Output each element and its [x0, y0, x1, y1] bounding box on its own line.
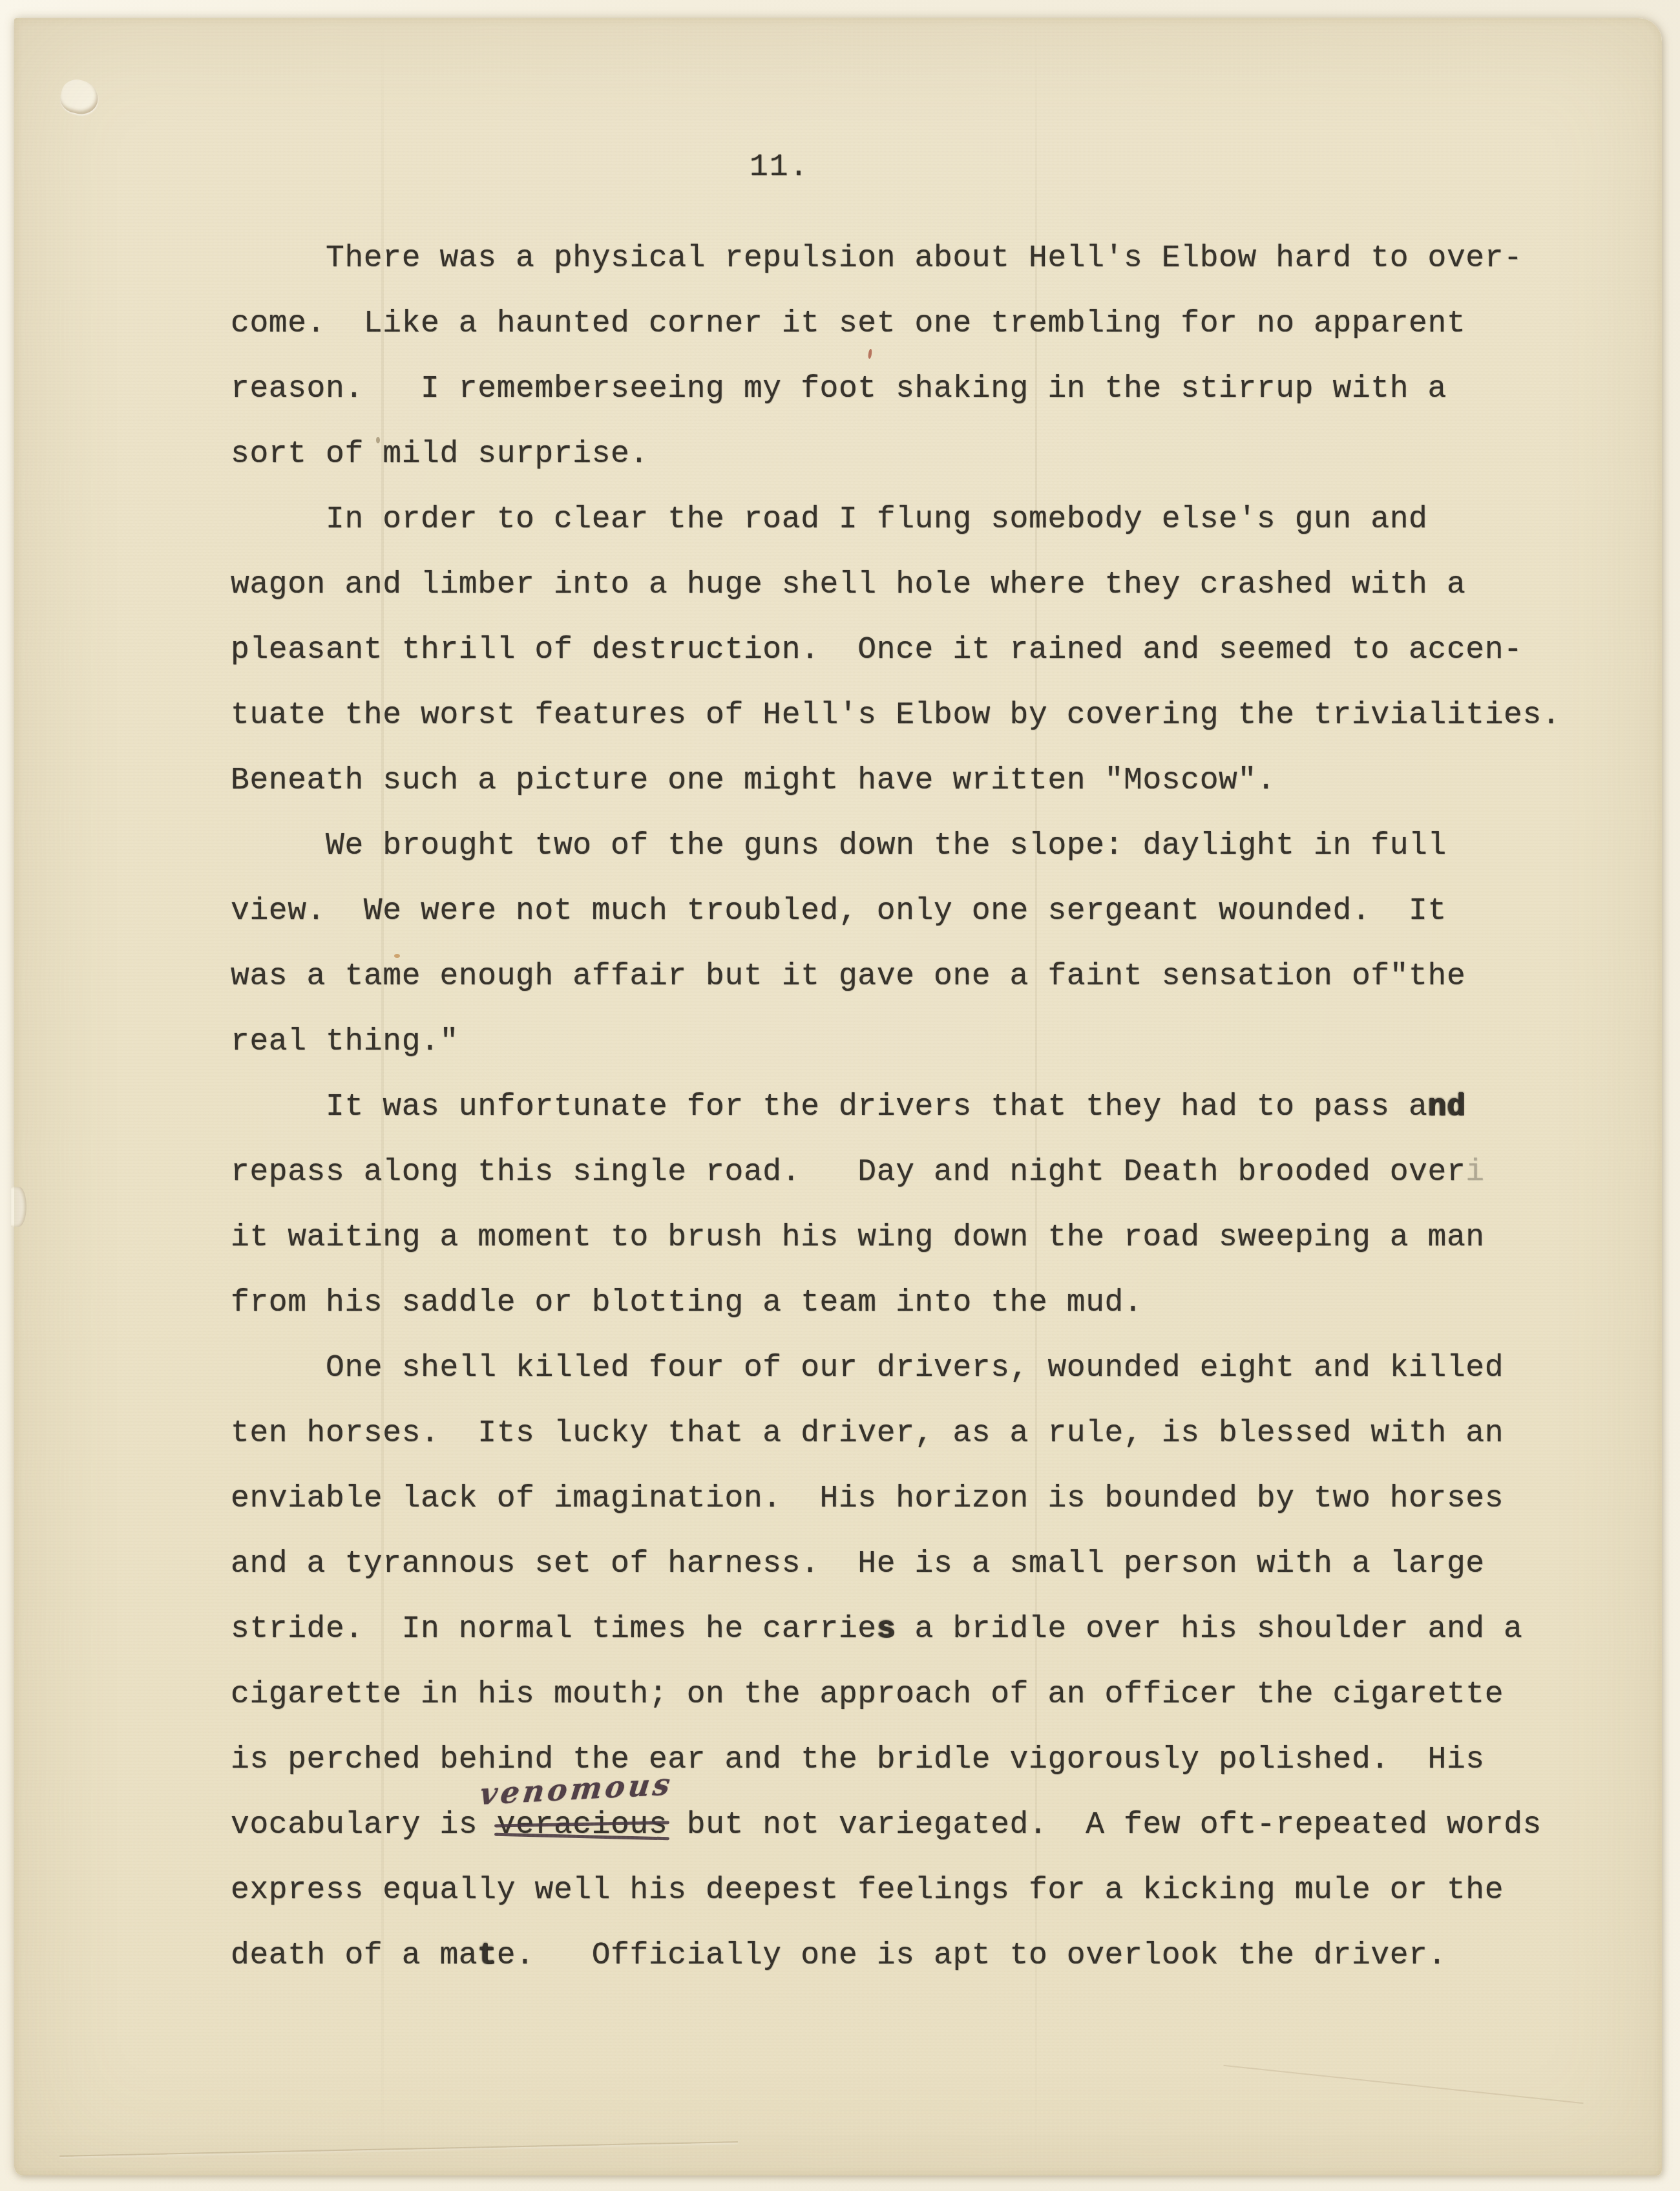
text-line: reason. I rememberseeing my foot shaking…	[231, 357, 1639, 422]
text-line: tuate the worst features of Hell's Elbow…	[231, 683, 1639, 748]
paper-notch	[11, 1187, 26, 1227]
text-run: stride. In normal times he carrie	[231, 1612, 877, 1647]
text-line: enviable lack of imagination. His horizo…	[231, 1466, 1639, 1532]
text-run: In order to clear the road I flung someb…	[231, 502, 1428, 537]
text-line: is perched behind the ear and the bridle…	[231, 1728, 1639, 1793]
text-line: One shell killed four of our drivers, wo…	[231, 1336, 1639, 1401]
text-faint: i	[1465, 1155, 1484, 1190]
text-run: pleasant thrill of destruction. Once it …	[231, 633, 1523, 668]
text-line: ten horses. Its lucky that a driver, as …	[231, 1401, 1639, 1466]
text-run: There was a physical repulsion about Hel…	[231, 241, 1523, 276]
text-line: was a tame enough affair but it gave one…	[231, 944, 1639, 1010]
text-body: There was a physical repulsion about Hel…	[231, 226, 1639, 1989]
text-run: real thing."	[231, 1024, 459, 1059]
page-number: 11.	[750, 150, 809, 185]
text-run: cigarette in his mouth; on the approach …	[231, 1677, 1504, 1712]
paper-chip	[58, 76, 102, 118]
text-line: vocabulary is veraciousvenomous but not …	[231, 1793, 1639, 1858]
text-line: express equally well his deepest feeling…	[231, 1858, 1639, 1923]
paragraph: In order to clear the road I flung someb…	[231, 487, 1639, 814]
text-blot: s	[877, 1612, 896, 1647]
text-line: It was unfortunate for the drivers that …	[231, 1075, 1639, 1140]
text-run: express equally well his deepest feeling…	[231, 1873, 1504, 1908]
text-line: wagon and limber into a huge shell hole …	[231, 553, 1639, 618]
text-run: We brought two of the guns down the slop…	[231, 829, 1447, 863]
text-run: sort of mild surprise.	[231, 437, 649, 472]
text-line: from his saddle or blotting a team into …	[231, 1271, 1639, 1336]
text-line: pleasant thrill of destruction. Once it …	[231, 618, 1639, 683]
text-run: it waiting a moment to brush his wing do…	[231, 1220, 1485, 1255]
text-run: is perched behind the ear and the bridle…	[231, 1742, 1485, 1777]
text-run: a bridle over his shoulder and a	[896, 1612, 1522, 1647]
text-run: It was unfortunate for the drivers that …	[231, 1090, 1428, 1125]
text-line: sort of mild surprise.	[231, 422, 1639, 487]
text-line: it waiting a moment to brush his wing do…	[231, 1205, 1639, 1271]
handwritten-correction: venomous	[476, 1752, 677, 1827]
text-run: view. We were not much troubled, only on…	[231, 894, 1447, 929]
text-run: reason. I rememberseeing my foot shaking…	[231, 372, 1447, 407]
text-run: e. Officially one is apt to overlook the…	[497, 1938, 1447, 1973]
text-strike: veraciousvenomous	[497, 1793, 668, 1858]
text-run: wagon and limber into a huge shell hole …	[231, 567, 1465, 602]
text-run: enviable lack of imagination. His horizo…	[231, 1481, 1504, 1516]
text-run: but not variegated. A few oft-repeated w…	[667, 1808, 1542, 1843]
typescript-page: 11. There was a physical repulsion about…	[14, 18, 1662, 2175]
text-line: death of a mate. Officially one is apt t…	[231, 1923, 1639, 1989]
paragraph: One shell killed four of our drivers, wo…	[231, 1336, 1639, 1989]
text-line: stride. In normal times he carries a bri…	[231, 1597, 1639, 1662]
text-line: In order to clear the road I flung someb…	[231, 487, 1639, 553]
text-line: repass along this single road. Day and n…	[231, 1140, 1639, 1205]
text-blot: nd	[1428, 1090, 1466, 1125]
text-line: Beneath such a picture one might have wr…	[231, 748, 1639, 814]
fold-crease	[1223, 2065, 1583, 2104]
text-line: come. Like a haunted corner it set one t…	[231, 291, 1639, 357]
text-blot: t	[478, 1938, 496, 1973]
text-line: We brought two of the guns down the slop…	[231, 814, 1639, 879]
text-run: was a tame enough affair but it gave one…	[231, 959, 1465, 994]
text-line: view. We were not much troubled, only on…	[231, 879, 1639, 944]
text-line: and a tyrannous set of harness. He is a …	[231, 1532, 1639, 1597]
text-run: repass along this single road. Day and n…	[231, 1155, 1465, 1190]
text-run: ten horses. Its lucky that a driver, as …	[231, 1416, 1504, 1451]
text-run: death of a ma	[231, 1938, 478, 1973]
scan-background: { "document": { "page_number": "11.", "i…	[0, 0, 1680, 2191]
text-line: cigarette in his mouth; on the approach …	[231, 1662, 1639, 1728]
paragraph: We brought two of the guns down the slop…	[231, 814, 1639, 1075]
text-run: Beneath such a picture one might have wr…	[231, 763, 1276, 798]
text-run: from his saddle or blotting a team into …	[231, 1286, 1142, 1320]
text-line: real thing."	[231, 1010, 1639, 1075]
paragraph: It was unfortunate for the drivers that …	[231, 1075, 1639, 1336]
text-run: and a tyrannous set of harness. He is a …	[231, 1547, 1485, 1582]
text-run: One shell killed four of our drivers, wo…	[231, 1351, 1504, 1386]
text-run: vocabulary is	[231, 1808, 497, 1843]
text-run: come. Like a haunted corner it set one t…	[231, 306, 1465, 341]
text-run: tuate the worst features of Hell's Elbow…	[231, 698, 1560, 733]
fold-crease	[59, 2141, 738, 2157]
text-line: There was a physical repulsion about Hel…	[231, 226, 1639, 291]
paragraph: There was a physical repulsion about Hel…	[231, 226, 1639, 487]
